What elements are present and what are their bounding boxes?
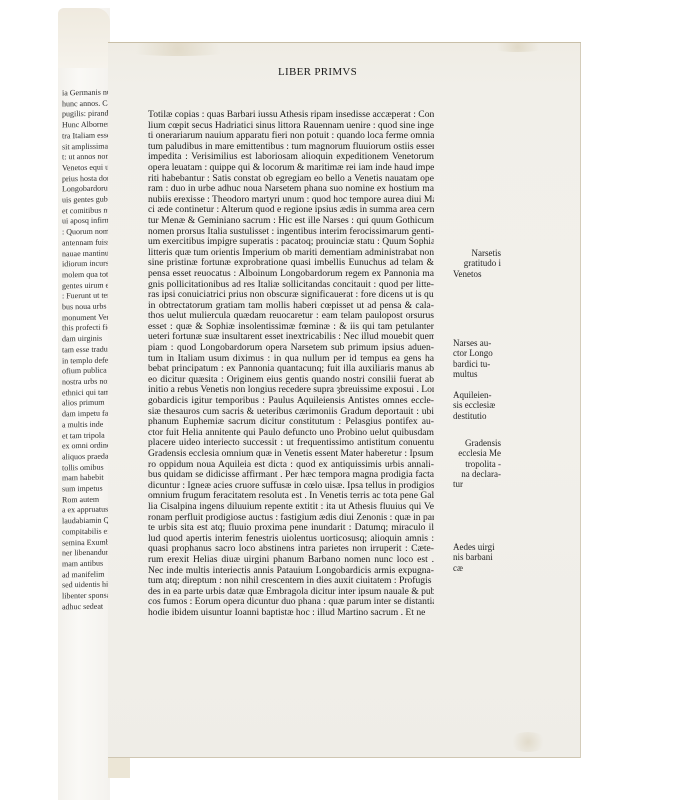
left-text-line: laudabiamin Quod [62, 516, 108, 528]
text-line: nomen prorsus Italia sustulisset : ingen… [148, 227, 434, 238]
left-text-line: libenter sponsa [62, 591, 108, 603]
margin-note-line: ctor Longo [453, 348, 493, 358]
text-line: tur Menæ & Geminiano sacrum : Hic est il… [148, 216, 434, 227]
margin-note-line: nis barbani [453, 552, 495, 562]
text-line: des in ea parte urbis datæ quæ Embragola… [148, 587, 434, 598]
left-text-line: Hunc Albornensis [62, 120, 108, 132]
left-text-line: : Quorum nomina [62, 227, 108, 239]
left-text-line: et tam tripola [62, 430, 108, 442]
left-text-line: Longobardorum habe [62, 184, 108, 196]
margin-note-line: na declara- [453, 469, 501, 479]
text-line: impedita : Verisimilius est laboriosam a… [148, 152, 434, 163]
text-line: in obtrectatorum gratiam tam mollis habe… [148, 301, 434, 312]
text-line: bebat principatum : ex Pannonia quantacu… [148, 364, 434, 375]
text-line: Nec inde multis interiectis annis Pataui… [148, 566, 434, 577]
text-line: gnis pollicitationibus ad res Italiæ sol… [148, 280, 434, 291]
left-text-line: uis gentes gubernat [62, 195, 108, 207]
margin-note-line: destitutio [453, 411, 495, 421]
left-text-line: sit amplissima [62, 141, 108, 153]
left-text-line: Venetos equi uidebis [62, 163, 108, 175]
text-line: initio a rebus Venetis non longius reced… [148, 385, 434, 396]
margin-note-narses: Narses au- ctor Longo bardici tu- multus [453, 338, 493, 379]
left-page: ia Germanis nuhunc annos. Cadolapugilis:… [58, 8, 110, 800]
margin-note-line: tur [453, 479, 501, 489]
margin-note-line: gratitudo i [453, 258, 501, 268]
margin-note-line: sis ecclesiæ [453, 400, 495, 410]
left-text-line: alios primum [62, 398, 108, 410]
left-text-line: ofium publica [62, 366, 108, 378]
left-text-line: nostra urbs nomen [62, 377, 108, 389]
left-text-line: antennam fuisse [62, 237, 108, 249]
text-line: Gradensis ecclesia omnium quæ in Venetis… [148, 449, 434, 460]
left-text-line: idiorum incursion [62, 259, 108, 271]
margin-note-line: cæ [453, 563, 495, 573]
text-line: placere uideo interiecto successit : ut … [148, 438, 434, 449]
page-curl [58, 8, 110, 68]
text-line: nubiis erexisse : Theodoro martyri unum … [148, 195, 434, 206]
left-text-line: ex omni ordine [62, 441, 108, 453]
text-line: gobardicis igitur temporibus : Paulus Aq… [148, 396, 434, 407]
left-text-line: tra Italiam esse [62, 130, 108, 142]
left-text-line: ethnici qui tam [62, 387, 108, 399]
text-line: lia Cisalpina ingens diluuium repente ex… [148, 502, 434, 513]
text-line: dicuntur : Igneæ acies cruore suffusæ in… [148, 481, 434, 492]
margin-note-line: ecclesia Me [453, 448, 501, 458]
left-text-line: aliquos praedam [62, 452, 108, 464]
left-text-line: t: ut annos nomina [62, 152, 108, 164]
running-head: LIBER PRIMVS [278, 66, 357, 78]
left-text-line: ad manifelim [62, 569, 108, 581]
left-text-line: dam impetu facti [62, 409, 108, 421]
text-line: tum atq; direptum : non nihil crescentem… [148, 576, 434, 587]
right-page: LIBER PRIMVS Totilæ copias : quas Barbar… [108, 42, 581, 758]
left-text-line: tam esse tradunt [62, 344, 108, 356]
left-text-line: monument Venetis [62, 312, 108, 324]
left-text-line: ner libenandum [62, 548, 108, 560]
margin-note-line: bardici tu- [453, 359, 493, 369]
left-text-line: semina Exumbinis [62, 537, 108, 549]
left-text-line: compitabilis effici [62, 526, 108, 538]
margin-note-gradensis: Gradensis ecclesia Me tropolita - na dec… [453, 438, 501, 489]
margin-note-line: Gradensis [453, 438, 501, 448]
margin-note-aquileiensis: Aquileien- sis ecclesiæ destitutio [453, 390, 495, 421]
text-line: piam : quod Longobardorum opera Narsetem… [148, 343, 434, 354]
text-line: quasi prophanus sacro loco abstinens int… [148, 544, 434, 555]
text-line: ram : duo in urbe adhuc noua Narsetem ph… [148, 184, 434, 195]
margin-note-line: Aquileien- [453, 390, 495, 400]
text-line: thos uelut muliercula quædam reuocaretur… [148, 311, 434, 322]
text-line: tum in Italiam usum diximus : in qua nul… [148, 354, 434, 365]
margin-note-line: multus [453, 369, 493, 379]
text-line: siæ thesauros cum sacris & ueteribus cær… [148, 407, 434, 418]
text-line: pensa esset reuocatus : Alboinum Longoba… [148, 269, 434, 280]
text-line: um exercitibus impigre superatis : pacat… [148, 237, 434, 248]
left-page-text: ia Germanis nuhunc annos. Cadolapugilis:… [62, 88, 108, 613]
body-text: Totilæ copias : quas Barbari iussu Athes… [148, 110, 434, 619]
paper-stain [508, 732, 548, 752]
left-text-line: et comitibus nulli [62, 205, 108, 217]
left-text-line: a multis inde [62, 419, 108, 431]
text-line: ras ipsi conuiciatrici prius non obscuræ… [148, 290, 434, 301]
left-text-line: hunc annos. Cadola [62, 98, 108, 110]
text-line: ctor fuit Helia annitente qui Paulo defu… [148, 428, 434, 439]
text-line: hodie ibidem uisuntur Ioanni baptistæ ho… [148, 608, 434, 619]
left-text-line: nauae mantinus [62, 248, 108, 260]
left-text-line: dam uirginis [62, 334, 108, 346]
left-text-line: a ex appruatus [62, 505, 108, 517]
text-line: omnium frugum feracitatem resoluta est .… [148, 491, 434, 502]
margin-note-line: Venetos [453, 269, 501, 279]
text-line: ueteri fortunæ suæ insultarent esset ine… [148, 332, 434, 343]
text-line: ro oppidum noua Aquileia est dicta : quo… [148, 460, 434, 471]
left-text-line: gentes uirum effic [62, 280, 108, 292]
margin-note-line: Aedes uirgi [453, 542, 495, 552]
left-text-line: mam antibus [62, 559, 108, 571]
left-text-line: prius hosta domini [62, 173, 108, 185]
text-line: litteris quæ tum orientis Imperium ob ma… [148, 248, 434, 259]
left-text-line: sum impetus [62, 484, 108, 496]
left-text-line: Rom autem [62, 494, 108, 506]
left-text-line: mam habebit [62, 473, 108, 485]
text-line: esset : quæ & Sophiæ insolentissimæ fœmi… [148, 322, 434, 333]
left-text-line: bus noua urbs fac [62, 302, 108, 314]
left-text-line: ui aposq infirmus [62, 216, 108, 228]
left-text-line: molem qua tota [62, 270, 108, 282]
left-text-line: this profecti fide [62, 323, 108, 335]
margin-note-narsetis: Narsetis gratitudo i Venetos [453, 248, 501, 279]
margin-note-line: Narses au- [453, 338, 493, 348]
left-text-line: pugilis: pirandi [62, 109, 108, 121]
left-text-line: tollis omibus [62, 462, 108, 474]
text-line: sine pristinæ fortunæ exprobratione quas… [148, 258, 434, 269]
text-line: lium cœpit secus Hadriatici sinus littor… [148, 121, 434, 132]
text-line: ci æde continetur : Alterum quod e regio… [148, 205, 434, 216]
text-line: tum paludibus in mare emittentibus : tum… [148, 142, 434, 153]
margin-note-line: Narsetis [453, 248, 501, 258]
text-line: Totilæ copias : quas Barbari iussu Athes… [148, 110, 434, 121]
text-line: opera leuatam : quippe qui & locorum & m… [148, 163, 434, 174]
text-line: cos fumos : Eorum opera dicuntur duo pha… [148, 597, 434, 608]
margin-note-line: tropolita - [453, 459, 501, 469]
left-text-line: sed uidentis hic [62, 580, 108, 592]
text-line: te urbis sita est atq; fluuio proxima pe… [148, 523, 434, 534]
left-text-line: : Fuerunt ut tempo [62, 291, 108, 303]
text-line: bus quidam se didicisse affirmant . Per … [148, 470, 434, 481]
text-line: ti onerariarum nauium apparatu fieri non… [148, 131, 434, 142]
paper-stain [118, 42, 238, 56]
text-line: eo dicitur quæsita : Originem eius genti… [148, 375, 434, 386]
left-text-line: ia Germanis nu [62, 88, 108, 100]
text-line: ronam perfluit prodigiose auctus : fasti… [148, 513, 434, 524]
margin-note-aedes: Aedes uirgi nis barbani cæ [453, 542, 495, 573]
text-line: phanum Euphemiæ sacrum dicitur constitut… [148, 417, 434, 428]
left-text-line: in templo defens [62, 355, 108, 367]
text-line: riti habebantur : Satis constat ob egreg… [148, 174, 434, 185]
text-line: rum erexit Helias diuæ uirgini phanum Ba… [148, 555, 434, 566]
left-text-line: adhuc sedeat [62, 601, 108, 613]
text-line: lud quod apertis interim fenestris uiole… [148, 534, 434, 545]
paper-stain [488, 42, 548, 52]
